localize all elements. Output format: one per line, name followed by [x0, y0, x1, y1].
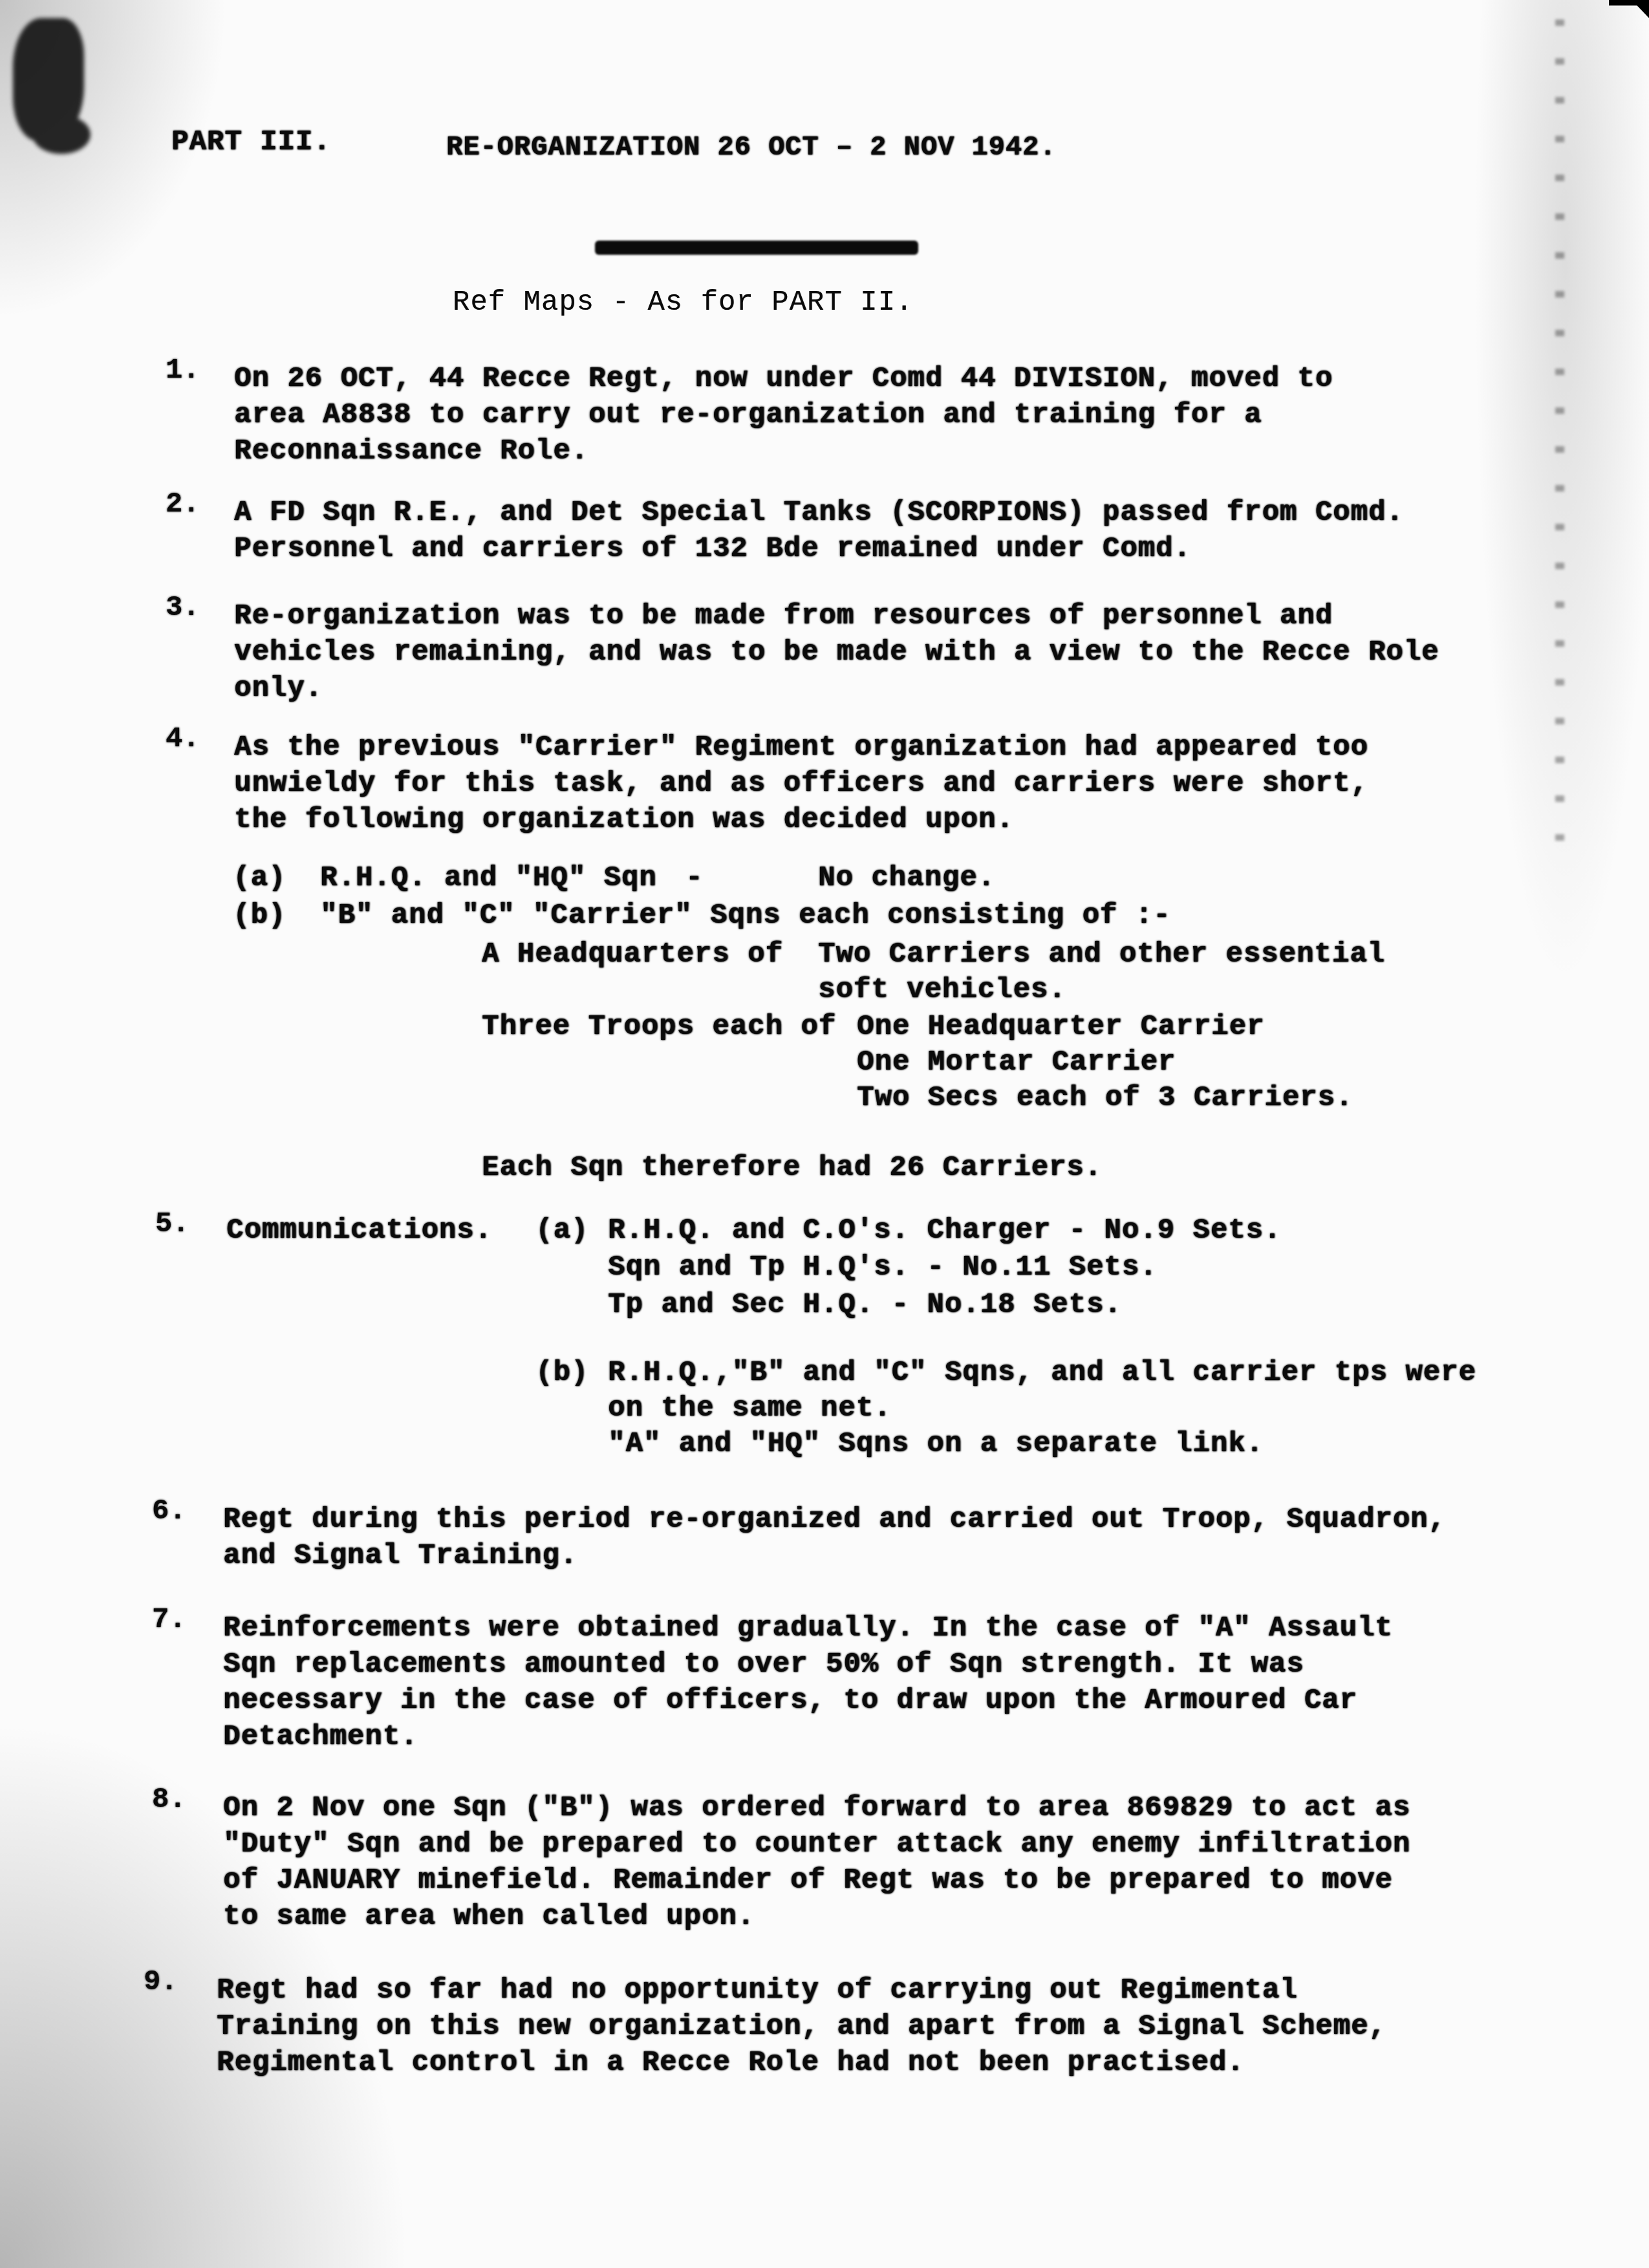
paragraph-line: the following organization was decided u… [234, 802, 1463, 838]
paragraph-number: 4. [166, 723, 200, 755]
org-troops-label: Three Troops each of [482, 1009, 836, 1045]
paragraph-number: 7. [152, 1604, 186, 1636]
paragraph-line: Training on this new organization, and a… [217, 2009, 1445, 2045]
scanned-page: PART III. RE-ORGANIZATION 26 OCT – 2 NOV… [0, 0, 1649, 2268]
comms-b-label: (b) [535, 1355, 588, 1391]
org-hq-label: A Headquarters of [482, 936, 783, 973]
paragraph-line: and Signal Training. [223, 1538, 1452, 1574]
paragraph-1: On 26 OCT, 44 Recce Regt, now under Comd… [234, 361, 1463, 470]
paragraph-line: necessary in the case of officers, to dr… [223, 1683, 1452, 1719]
paragraph-line: Regimental control in a Recce Role had n… [217, 2045, 1445, 2081]
paragraph-2: A FD Sqn R.E., and Det Special Tanks (SC… [234, 495, 1463, 567]
comms-a-line: Sqn and Tp H.Q's. - No.11 Sets. [608, 1249, 1158, 1286]
paragraph-number: 9. [144, 1966, 178, 1998]
paragraph-number: 2. [166, 488, 200, 521]
page-heading: RE-ORGANIZATION 26 OCT – 2 NOV 1942. [446, 129, 1056, 166]
paragraph-line: Regt had so far had no opportunity of ca… [217, 1972, 1445, 2009]
org-troops-line: One Headquarter Carrier [857, 1009, 1264, 1045]
paragraph-3: Re-organization was to be made from reso… [234, 598, 1463, 707]
paragraph-line: On 2 Nov one Sqn ("B") was ordered forwa… [223, 1790, 1452, 1826]
paragraph-line: Reconnaissance Role. [234, 433, 1463, 470]
paragraph-6: Regt during this period re-organized and… [223, 1502, 1452, 1574]
comms-a-label: (a) [535, 1213, 588, 1249]
paragraph-number: 6. [152, 1495, 186, 1528]
paragraph-line: On 26 OCT, 44 Recce Regt, now under Comd… [234, 361, 1463, 397]
comms-b-line: "A" and "HQ" Sqns on a separate link. [608, 1426, 1264, 1462]
comms-a-line: R.H.Q. and C.O's. Charger - No.9 Sets. [608, 1213, 1281, 1249]
paragraph-4: As the previous "Carrier" Regiment organ… [234, 729, 1463, 838]
heading-underline [595, 241, 918, 255]
paragraph-line: vehicles remaining, and was to be made w… [234, 634, 1463, 671]
paragraph-line: to same area when called upon. [223, 1899, 1452, 1935]
part-label: PART III. [171, 124, 331, 160]
org-troops-line: Two Secs each of 3 Carriers. [857, 1080, 1353, 1116]
paragraph-line: As the previous "Carrier" Regiment organ… [234, 729, 1463, 766]
communications-title: Communications. [226, 1213, 492, 1249]
paragraph-number: 3. [166, 592, 200, 624]
paragraph-line: Detachment. [223, 1719, 1452, 1755]
paragraph-line: area A8838 to carry out re-organization … [234, 397, 1463, 433]
org-troops-line: One Mortar Carrier [857, 1044, 1176, 1081]
paragraph-number: 5. [155, 1208, 189, 1240]
paragraph-7: Reinforcements were obtained gradually. … [223, 1610, 1452, 1755]
edge-shadow [1555, 19, 1564, 860]
paragraph-line: "Duty" Sqn and be prepared to counter at… [223, 1826, 1452, 1863]
org-item-text: "B" and "C" "Carrier" Sqns each consisti… [320, 898, 1170, 934]
paragraph-line: only. [234, 671, 1463, 707]
paragraph-number: 8. [152, 1784, 186, 1816]
org-hq-line: Two Carriers and other essential [818, 936, 1385, 973]
comms-b-line: R.H.Q.,"B" and "C" Sqns, and all carrier… [608, 1355, 1476, 1391]
org-item-result: No change. [818, 860, 995, 896]
paragraph-9: Regt had so far had no opportunity of ca… [217, 1972, 1445, 2081]
comms-a-line: Tp and Sec H.Q. - No.18 Sets. [608, 1287, 1122, 1323]
paragraph-number: 1. [166, 354, 200, 387]
paragraph-line: Sqn replacements amounted to over 50% of… [223, 1647, 1452, 1683]
paragraph-line: Re-organization was to be made from reso… [234, 598, 1463, 634]
org-summary: Each Sqn therefore had 26 Carriers. [482, 1150, 1102, 1186]
org-item-text: R.H.Q. and "HQ" Sqn [320, 860, 657, 896]
org-hq-line: soft vehicles. [818, 972, 1066, 1008]
paragraph-line: unwieldy for this task, and as officers … [234, 766, 1463, 802]
org-item-label: (b) [233, 898, 286, 934]
paragraph-line: Reinforcements were obtained gradually. … [223, 1610, 1452, 1647]
paragraph-line: A FD Sqn R.E., and Det Special Tanks (SC… [234, 495, 1463, 531]
paragraph-line: of JANUARY minefield. Remainder of Regt … [223, 1863, 1452, 1899]
paragraph-line: Regt during this period re-organized and… [223, 1502, 1452, 1538]
paragraph-line: Personnel and carriers of 132 Bde remain… [234, 531, 1463, 567]
comms-b-line: on the same net. [608, 1390, 891, 1427]
org-item-label: (a) [233, 860, 286, 896]
org-item-dash: - [685, 860, 703, 896]
paragraph-8: On 2 Nov one Sqn ("B") was ordered forwa… [223, 1790, 1452, 1935]
ref-maps: Ref Maps - As for PART II. [453, 285, 914, 321]
corner-tab-mark [1609, 0, 1649, 18]
punch-hole-mark [13, 18, 84, 141]
